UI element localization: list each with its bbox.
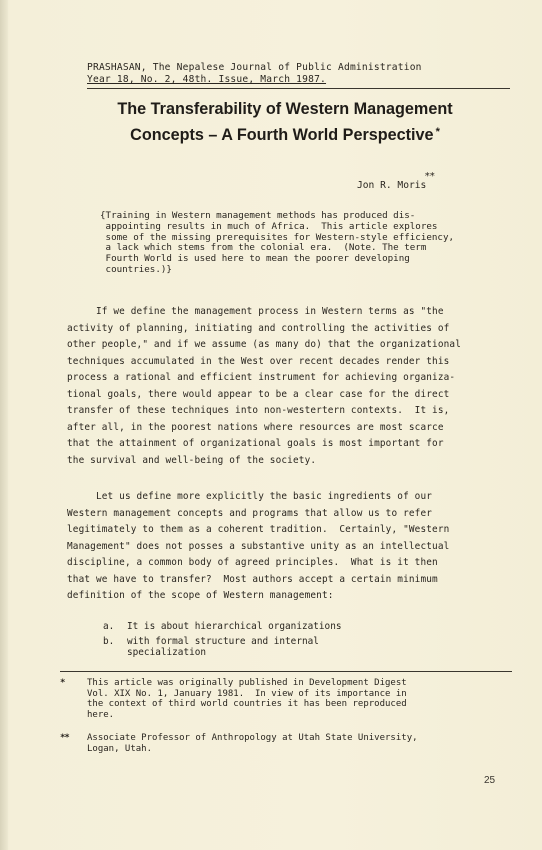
- page-edge: [0, 0, 8, 850]
- article-title: The Transferability of Western Managemen…: [60, 98, 510, 147]
- footnote-text: This article was originally published in…: [87, 678, 407, 720]
- scanned-page: PRASHASAN, The Nepalese Journal of Publi…: [0, 0, 542, 850]
- list-marker: a.: [103, 621, 127, 632]
- footnote-text: Associate Professor of Anthropology at U…: [87, 733, 418, 754]
- title-footnote-marker: *: [436, 126, 440, 138]
- list-text: It is about hierarchical organizations: [127, 621, 341, 632]
- title-line-1: The Transferability of Western Managemen…: [60, 98, 510, 121]
- footnote-divider: [60, 671, 512, 672]
- footnote-marker: *: [60, 678, 87, 720]
- list-item: b. with formal structure and internal sp…: [103, 636, 483, 658]
- issue-info: Year 18, No. 2, 48th. Issue, March 1987.: [87, 74, 507, 86]
- header-divider: [87, 88, 510, 89]
- scope-list: a. It is about hierarchical organization…: [103, 621, 483, 662]
- body-paragraph-1: If we define the management process in W…: [67, 304, 517, 469]
- list-text: with formal structure and internal speci…: [127, 636, 319, 658]
- author-byline: Jon R. Moris **: [357, 180, 426, 191]
- footnote-1: * This article was originally published …: [60, 678, 510, 720]
- journal-header: PRASHASAN, The Nepalese Journal of Publi…: [87, 62, 507, 86]
- footnote-marker: **: [60, 733, 87, 754]
- body-paragraph-2: Let us define more explicitly the basic …: [67, 489, 517, 605]
- page-number: 25: [484, 775, 495, 786]
- journal-name: PRASHASAN, The Nepalese Journal of Publi…: [87, 62, 507, 74]
- footnote-2: ** Associate Professor of Anthropology a…: [60, 733, 510, 754]
- author-name: Jon R. Moris: [357, 180, 426, 191]
- title-line-2: Concepts – A Fourth World Perspective: [130, 126, 433, 144]
- list-item: a. It is about hierarchical organization…: [103, 621, 483, 632]
- abstract: {Training in Western management methods …: [100, 211, 510, 276]
- list-marker: b.: [103, 636, 127, 658]
- author-footnote-marker: **: [424, 171, 434, 182]
